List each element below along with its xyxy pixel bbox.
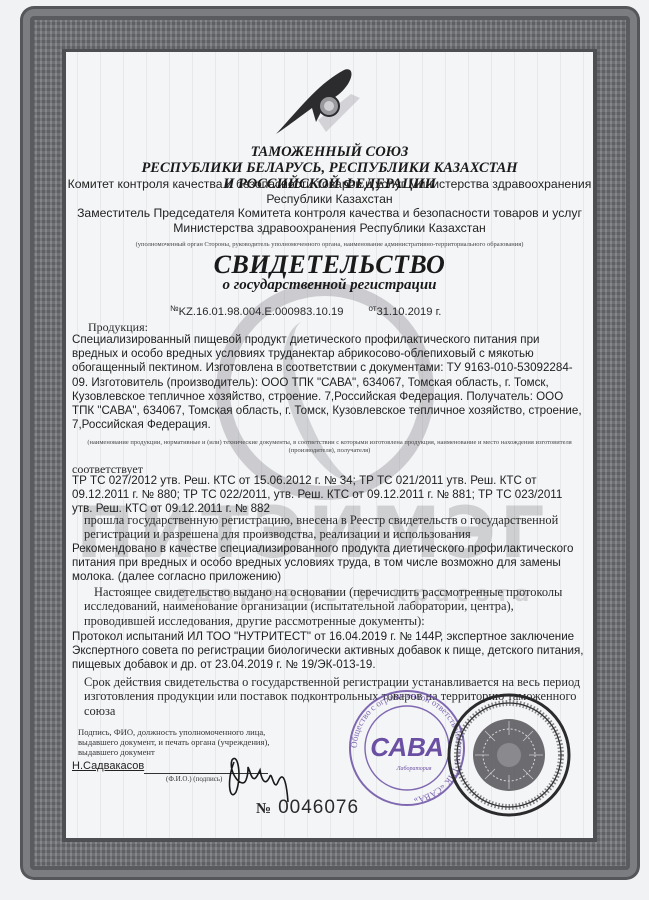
registration-statement: прошла государственную регистрацию, внес… [84,513,584,542]
issuing-authority: Комитет контроля качества и безопасности… [66,177,593,235]
recommendation-text: Рекомендовано в качестве специализирован… [72,542,584,585]
certificate-subtitle: о государственной регистрации [66,276,593,294]
technical-regulations: ТР ТС 027/2012 утв. Реш. КТС от 15.06.20… [72,474,584,517]
registration-number: KZ.16.01.98.004.E.000983.10.19 [179,306,344,318]
signer-name: Н.Садвакасов [72,760,144,772]
authority-line: Республики Казахстан [66,192,593,207]
fio-caption: (Ф.И.О.) (подпись) [166,775,222,783]
state-seal-icon [444,690,574,820]
test-protocol: Протокол испытаний ИЛ ТОО "НУТРИТЕСТ" от… [72,630,584,673]
registration-number-line: №KZ.16.01.98.004.E.000983.10.19 от31.10.… [170,304,441,318]
authority-line: Комитет контроля качества и безопасности… [66,177,593,192]
registration-date: 31.10.2019 г. [376,306,441,318]
sava-logo-text: САВА [370,732,443,762]
product-caption: (наименование продукции, нормативные и (… [66,439,593,455]
product-description: Специализированный пищевой продукт диети… [72,333,584,432]
authority-caption: (уполномоченный орган Стороны, руководит… [66,241,593,249]
number-sign: № [170,304,179,313]
union-title-line: ТАМОЖЕННЫЙ СОЮЗ [66,144,593,160]
union-title-line: РЕСПУБЛИКИ БЕЛАРУСЬ, РЕСПУБЛИКИ КАЗАХСТА… [66,160,593,176]
certificate-page: ПИТЭИМЭГ здоровье и красота ТАМОЖЕННЫЙ С… [66,52,593,838]
serial-prefix: № [256,801,272,817]
authority-line: Министерства здравоохранения Республики … [66,221,593,236]
issuance-basis: Настоящее свидетельство выдано на основа… [84,585,584,628]
customs-union-emblem-icon [256,62,366,142]
sava-sub-text: Лаборатория [395,765,431,772]
authority-line: Заместитель Председателя Комитета контро… [66,206,593,221]
